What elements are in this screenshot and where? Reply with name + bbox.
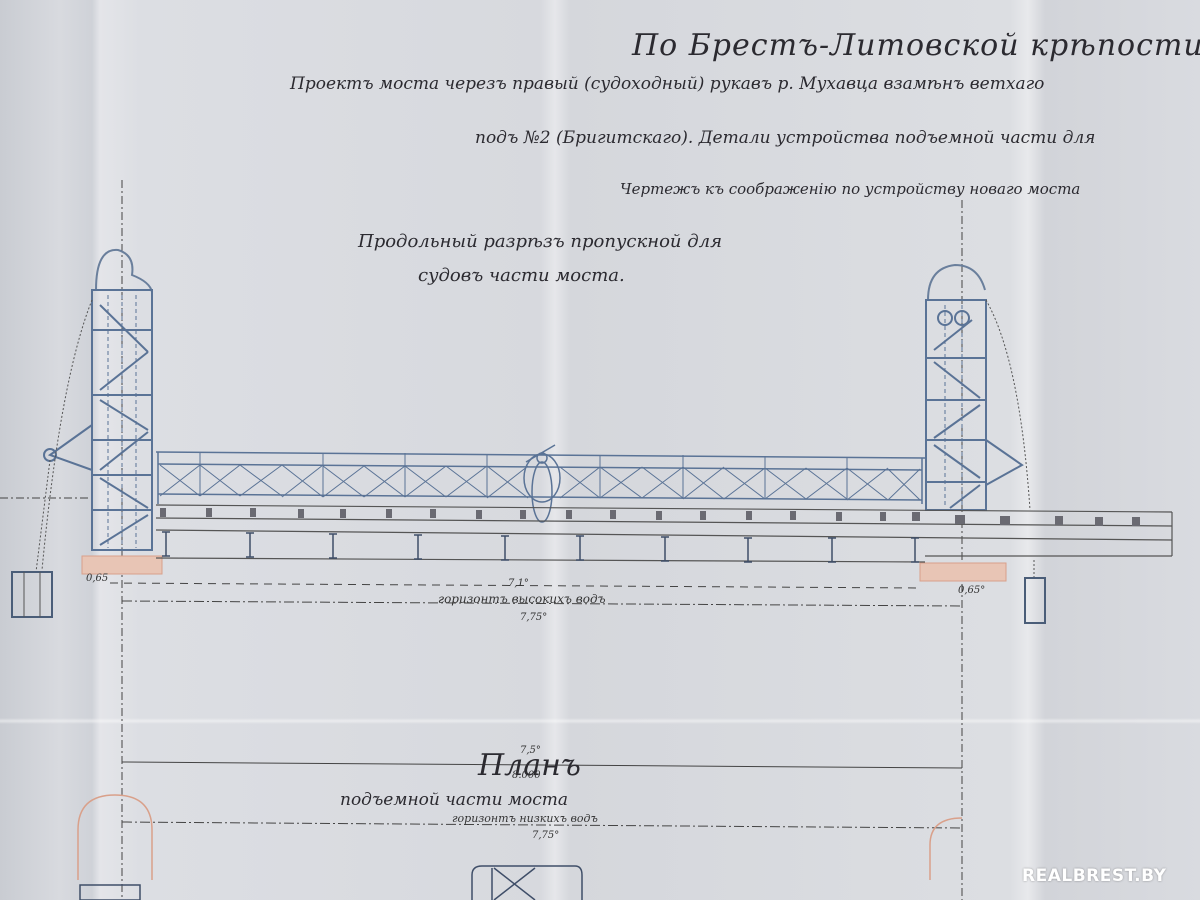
- right-tower: [926, 265, 1022, 510]
- watermark: REALBREST.BY: [1022, 866, 1166, 886]
- plan-span-label: 7,75°: [532, 830, 559, 841]
- bridge-drawing: [0, 0, 1200, 900]
- span-lower-label: 7,75°: [520, 612, 547, 623]
- span-upper-label: 7,1°: [508, 578, 529, 589]
- right-offset-label: 0,65°: [958, 585, 985, 596]
- left-abutment: [82, 556, 162, 574]
- left-offset-label: 0,65: [86, 573, 108, 584]
- railing-crosses: [160, 452, 920, 500]
- plan-water-label: горизонтъ низкихъ водъ: [452, 812, 598, 825]
- plan-subtitle: подъемной части моста: [340, 790, 568, 810]
- left-counterweight: [12, 300, 92, 617]
- bridge-deck: [156, 505, 1172, 562]
- plan-scale-top: 7,5°: [520, 745, 541, 756]
- winch-mechanism: [524, 445, 560, 522]
- left-tower: [44, 250, 152, 550]
- high-water-label: горизонтъ высокихъ водъ: [438, 592, 606, 606]
- plan-scale-bottom: 8.000: [512, 770, 541, 781]
- right-abutment: [920, 563, 1006, 581]
- plan-structure: [80, 866, 582, 900]
